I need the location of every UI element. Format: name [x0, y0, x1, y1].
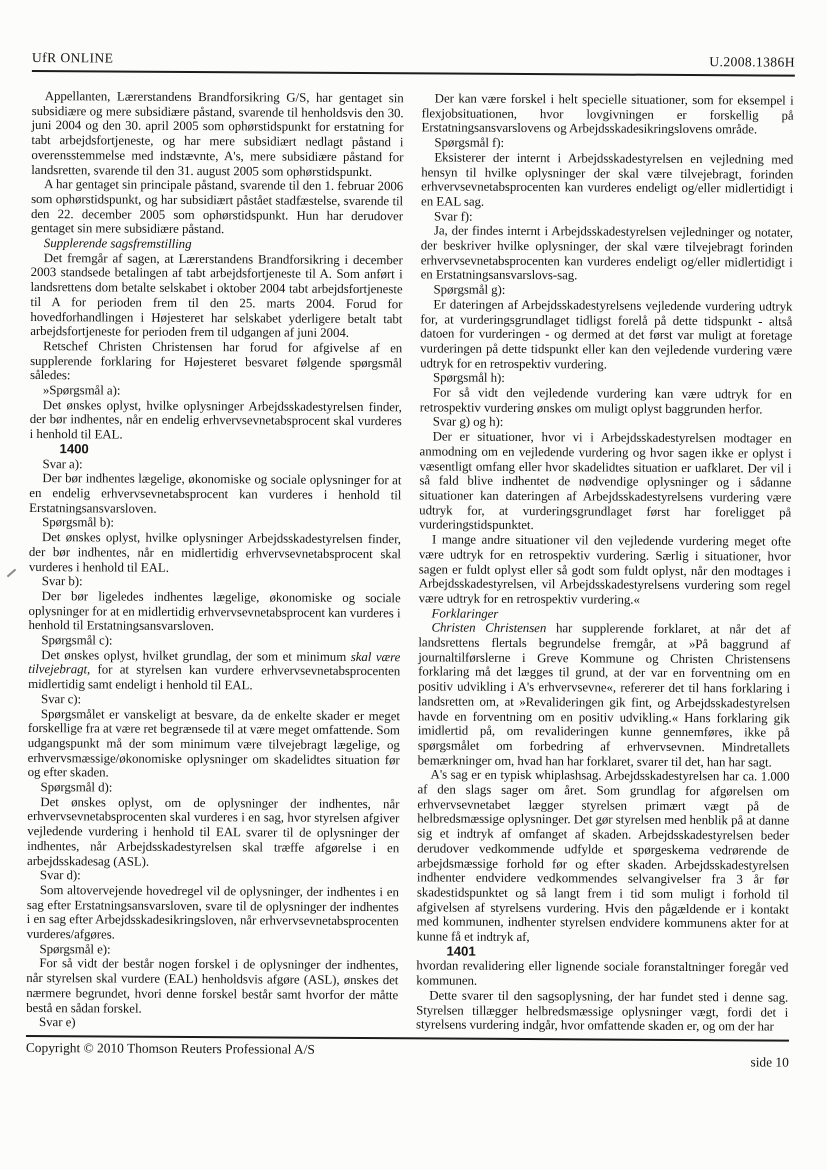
text-run: Det ønskes oplyst, hvilket grundlag, der…	[41, 648, 351, 664]
document-page: UfR ONLINE U.2008.1386H Appellanten, Lær…	[0, 0, 827, 1170]
paragraph: Det fremgår af sagen, at Lærerstandens B…	[30, 251, 403, 341]
text-run: Svar e)	[39, 1015, 76, 1029]
paragraph: Det ønskes oplyst, om de oplysninger der…	[27, 795, 399, 871]
text-run: Svar a):	[42, 457, 82, 471]
paragraph: A har gentaget sin principale påstand, s…	[31, 177, 403, 238]
text-run: Spørgsmål c):	[41, 633, 112, 647]
paragraph: Der kan være forskel i helt specielle si…	[421, 91, 793, 137]
text-run: 1400	[60, 441, 89, 456]
paragraph: Det ønskes oplyst, hvilket grundlag, der…	[28, 648, 400, 694]
paragraph: Det ønskes oplyst, hvilke oplysninger Ar…	[30, 398, 402, 444]
page-footer: Copyright © 2010 Thomson Reuters Profess…	[26, 1035, 789, 1071]
paragraph: Svar e)	[26, 1015, 398, 1032]
text-run: Spørgsmålet er vanskeligt at besvare, da…	[28, 707, 400, 780]
text-run: hvordan revalidering eller lignende soci…	[416, 959, 788, 988]
text-run: Svar d):	[40, 868, 81, 882]
text-run: Supplerende sagsfremstilling	[44, 236, 192, 251]
journal-title: UfR ONLINE	[32, 50, 114, 66]
right-column: Der kan være forskel i helt specielle si…	[416, 91, 794, 1034]
text-run: Spørgsmål f):	[434, 136, 504, 150]
copyright-text: Copyright © 2010 Thomson Reuters Profess…	[26, 1040, 315, 1058]
page-marker: 1400	[30, 442, 402, 459]
text-run: Eksisterer der internt i Arbejdsskadesty…	[421, 150, 793, 208]
text-run: I mange andre situationer vil den vejled…	[419, 533, 791, 607]
text-run: Det fremgår af sagen, at Lærerstandens B…	[30, 251, 403, 340]
text-run: Det ønskes oplyst, hvilke oplysninger Ar…	[30, 398, 402, 442]
text-run: Der bør ligeledes indhentes lægelige, øk…	[28, 589, 400, 633]
scan-artifact	[7, 569, 17, 578]
text-run: For så vidt der består nogen forskel i d…	[26, 957, 398, 1016]
page-content: UfR ONLINE U.2008.1386H Appellanten, Lær…	[26, 50, 795, 1071]
paragraph: Appellanten, Lærerstandens Brandforsikri…	[31, 89, 404, 179]
text-run: Svar b):	[42, 574, 83, 588]
paragraph: Eksisterer der internt i Arbejdsskadesty…	[421, 150, 793, 211]
paragraph: Der bør ligeledes indhentes lægelige, øk…	[28, 589, 400, 635]
text-run: Spørgsmål b):	[42, 515, 114, 529]
paragraph: For så vidt den vejledende vurdering kan…	[420, 385, 792, 417]
text-run: For så vidt den vejledende vurdering kan…	[420, 386, 792, 417]
text-run: Dette svarer til den sagsoplysning, der …	[416, 988, 788, 1034]
text-run: Christen Christensen	[431, 621, 546, 636]
text-run: Ja, der findes internt i Arbejdsskadesty…	[421, 224, 793, 283]
page-header: UfR ONLINE U.2008.1386H	[32, 50, 795, 77]
paragraph: Spørgsmålet er vanskeligt at besvare, da…	[28, 707, 400, 783]
text-run: Svar c):	[41, 692, 81, 706]
text-run: Retschef Christen Christensen har forud …	[30, 339, 402, 383]
text-run: Der er situationer, hvor vi i Arbejdsska…	[419, 430, 792, 533]
text-run: Er dateringen af Arbejdsskadestyrelsens …	[420, 297, 792, 371]
text-run: Spørgsmål h):	[433, 371, 505, 385]
text-run: har supplerende forklaret, at når det af…	[418, 621, 791, 769]
paragraph: Som altovervejende hovedregel vil de opl…	[27, 883, 399, 944]
text-run: A har gentaget sin principale påstand, s…	[31, 177, 403, 236]
paragraph: Er dateringen af Arbejdsskadestyrelsens …	[420, 297, 792, 373]
text-run: Forklaringer	[432, 606, 499, 620]
text-run: 1401	[446, 943, 475, 958]
text-run: Det ønskes oplyst, om de oplysninger der…	[27, 795, 399, 868]
paragraph: Christen Christensen har supplerende for…	[418, 621, 791, 770]
paragraph: I mange andre situationer vil den vejled…	[419, 532, 791, 608]
paragraph: Det ønskes oplyst, hvilke oplysninger Ar…	[29, 530, 401, 576]
text-run: Spørgsmål g):	[434, 283, 506, 297]
text-run: Der bør indhentes lægelige, økonomiske o…	[29, 471, 401, 515]
paragraph: Der bør indhentes lægelige, økonomiske o…	[29, 471, 401, 517]
text-run: Som altovervejende hovedregel vil de opl…	[27, 883, 399, 942]
paragraph: Retschef Christen Christensen har forud …	[30, 339, 402, 385]
text-run: Spørgsmål d):	[40, 780, 112, 794]
case-reference: U.2008.1386H	[709, 54, 795, 71]
text-run: Det ønskes oplyst, hvilke oplysninger Ar…	[29, 530, 401, 574]
paragraph: hvordan revalidering eller lignende soci…	[416, 959, 788, 991]
document-body: Appellanten, Lærerstandens Brandforsikri…	[26, 89, 795, 1035]
text-run: A's sag er en typisk whiplashsag. Arbejd…	[417, 768, 790, 944]
text-run: »Spørgsmål a):	[43, 383, 121, 397]
text-run: Spørgsmål e):	[39, 942, 110, 956]
paragraph: For så vidt der består nogen forskel i d…	[26, 956, 398, 1017]
paragraph: A's sag er en typisk whiplashsag. Arbejd…	[417, 768, 790, 947]
text-run: Svar g) og h):	[433, 415, 504, 429]
text-run: Der kan være forskel i helt specielle si…	[421, 91, 793, 136]
paragraph: Der er situationer, hvor vi i Arbejdsska…	[419, 430, 792, 535]
footer-row: Copyright © 2010 Thomson Reuters Profess…	[26, 1040, 789, 1071]
text-run: Appellanten, Lærerstandens Brandforsikri…	[31, 89, 404, 179]
text-run: Svar f):	[434, 209, 473, 223]
left-column: Appellanten, Lærerstandens Brandforsikri…	[26, 89, 404, 1032]
paragraph: Dette svarer til den sagsoplysning, der …	[416, 988, 788, 1034]
paragraph: Ja, der findes internt i Arbejdsskadesty…	[421, 224, 793, 285]
page-number: side 10	[750, 1054, 788, 1070]
